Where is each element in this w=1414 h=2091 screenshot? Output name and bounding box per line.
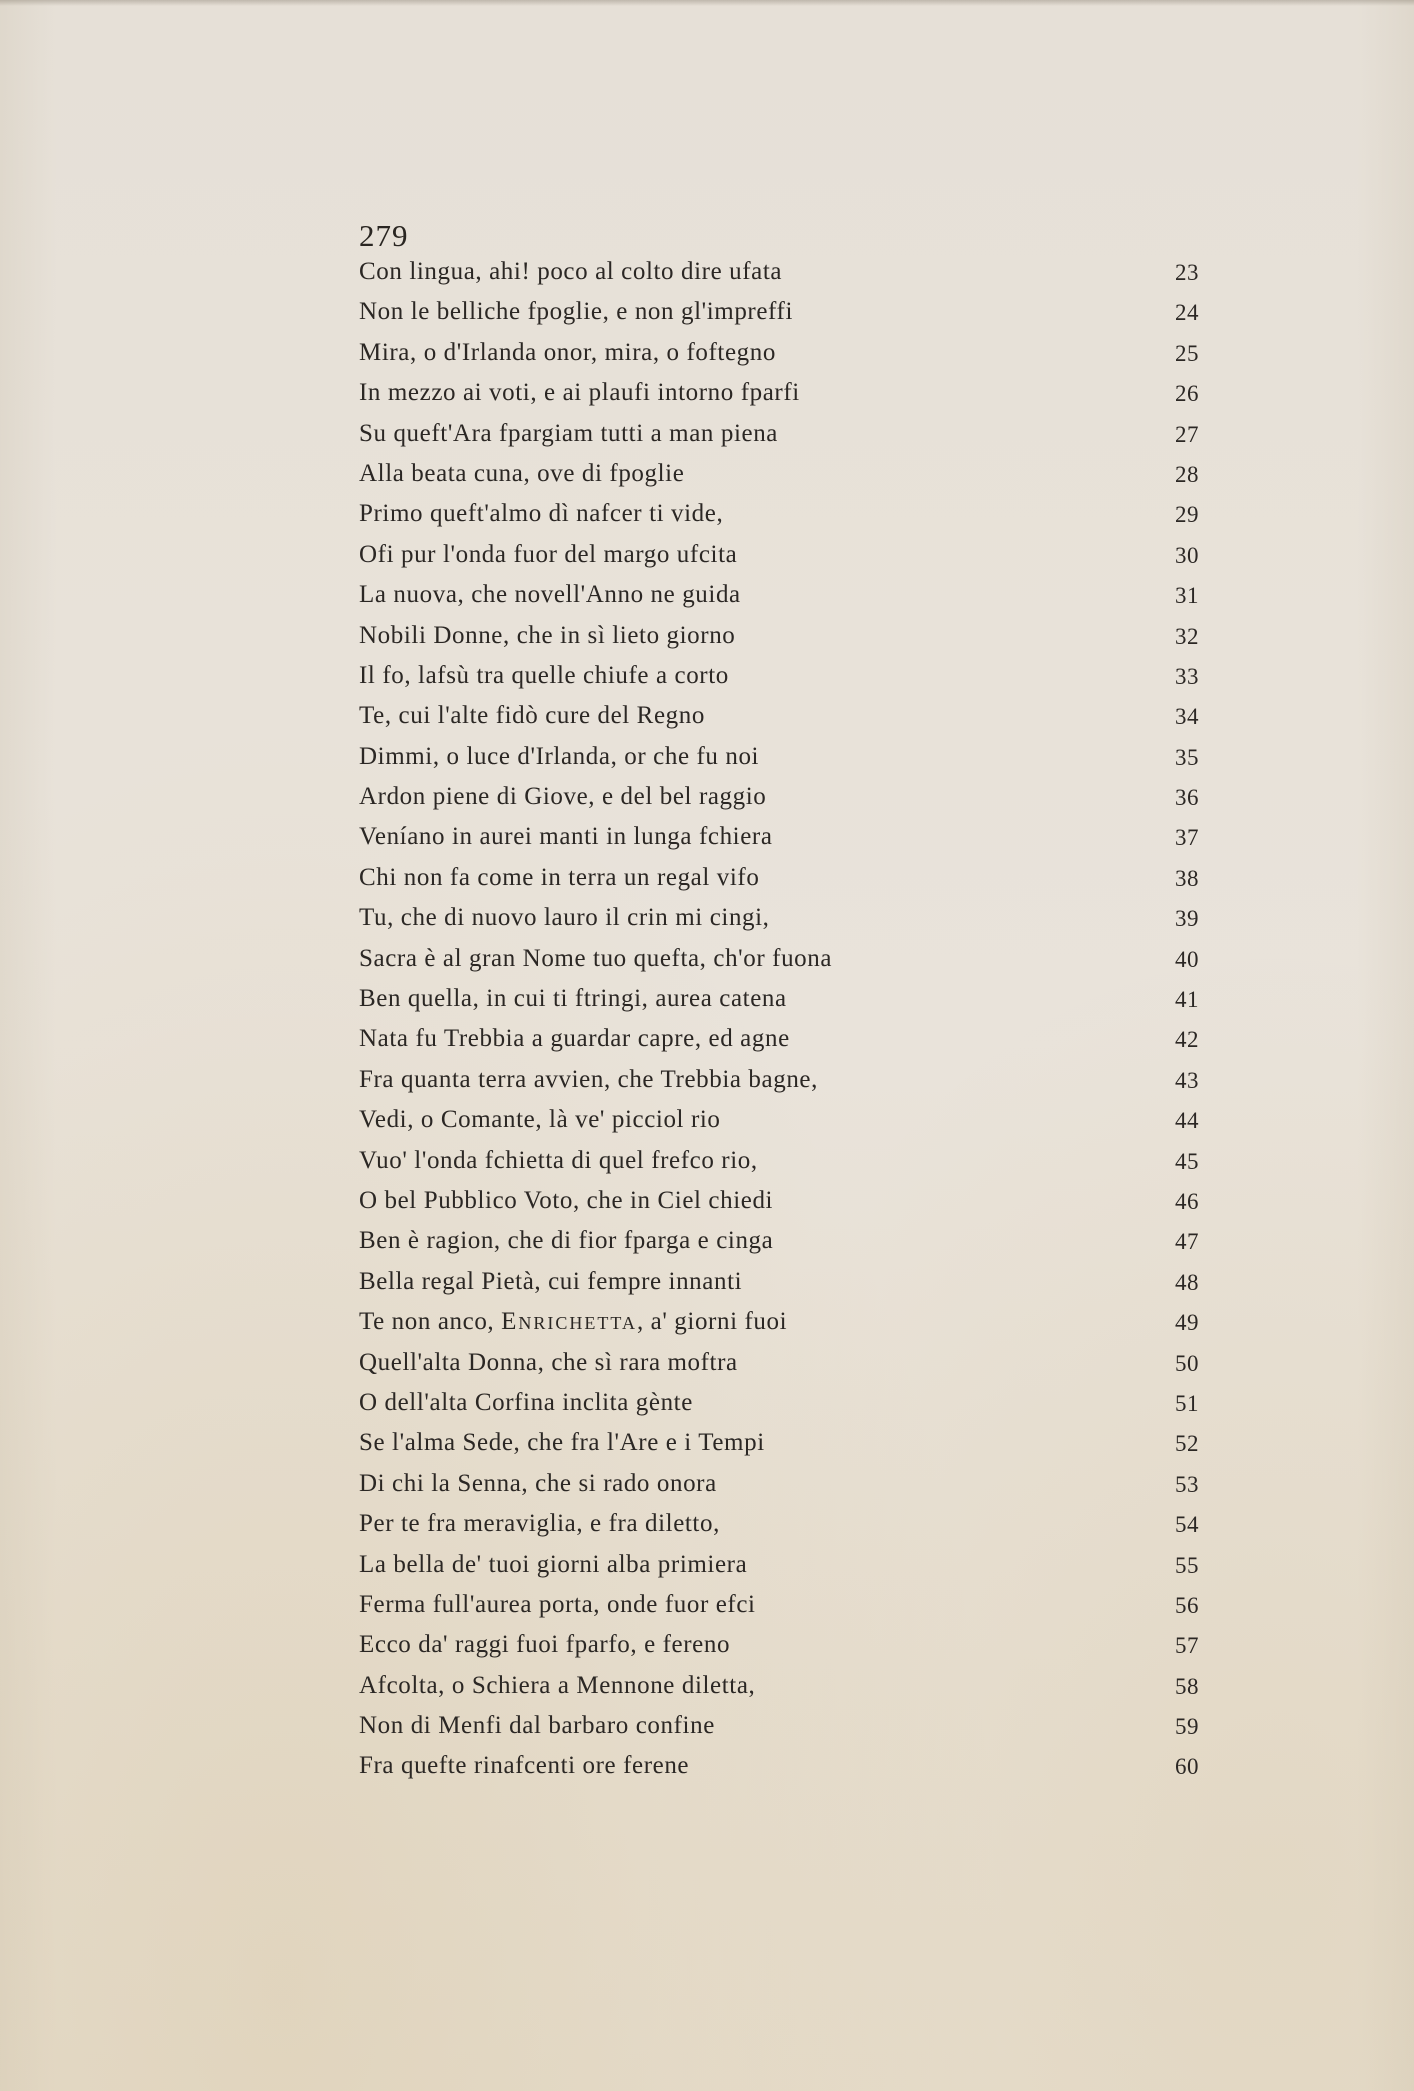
entry-page: 32 xyxy=(1159,624,1199,650)
index-entry: Dimmi, o luce d'Irlanda, or che fu noi35 xyxy=(359,743,1199,783)
entry-page: 54 xyxy=(1159,1512,1199,1538)
entry-line: Non le belliche fpoglie, e non gl'impref… xyxy=(359,298,793,326)
entry-line: Con lingua, ahi! poco al colto dire ufat… xyxy=(359,258,782,286)
entry-page: 60 xyxy=(1159,1754,1199,1780)
index-entry: Ben quella, in cui ti ftringi, aurea cat… xyxy=(359,985,1199,1025)
entry-line: Tu, che di nuovo lauro il crin mi cingi, xyxy=(359,904,770,932)
index-entry: Ferma full'aurea porta, onde fuor efci56 xyxy=(359,1591,1199,1631)
entry-line: Mira, o d'Irlanda onor, mira, o foftegno xyxy=(359,339,776,367)
entry-page: 55 xyxy=(1159,1553,1199,1579)
index-entry: Ben è ragion, che di fior fparga e cinga… xyxy=(359,1227,1199,1267)
index-entry: Vuo' l'onda fchietta di quel frefco rio,… xyxy=(359,1147,1199,1187)
entry-line: Quell'alta Donna, che sì rara moftra xyxy=(359,1349,738,1377)
entry-line: Sacra è al gran Nome tuo quefta, ch'or f… xyxy=(359,945,832,973)
entry-line: Veníano in aurei manti in lunga fchiera xyxy=(359,823,773,851)
entry-line: Il fo, lafsù tra quelle chiufe a corto xyxy=(359,662,729,690)
entry-page: 27 xyxy=(1159,422,1199,448)
entry-line: Te, cui l'alte fidò cure del Regno xyxy=(359,702,705,730)
entry-line: Bella regal Pietà, cui fempre innanti xyxy=(359,1268,742,1296)
entry-page: 51 xyxy=(1159,1391,1199,1417)
entry-page: 24 xyxy=(1159,300,1199,326)
index-entry: La bella de' tuoi giorni alba primiera55 xyxy=(359,1551,1199,1591)
entry-page: 34 xyxy=(1159,704,1199,730)
entry-line: Afcolta, o Schiera a Mennone diletta, xyxy=(359,1672,755,1700)
index-entry: Bella regal Pietà, cui fempre innanti48 xyxy=(359,1268,1199,1308)
entry-line: Dimmi, o luce d'Irlanda, or che fu noi xyxy=(359,743,759,771)
entry-line: In mezzo ai voti, e ai plaufi intorno fp… xyxy=(359,379,800,407)
entry-line: Ben è ragion, che di fior fparga e cinga xyxy=(359,1227,773,1255)
index-entry: Se l'alma Sede, che fra l'Are e i Tempi5… xyxy=(359,1429,1199,1469)
entry-line: Vedi, o Comante, là ve' picciol rio xyxy=(359,1106,721,1134)
entry-line: Ardon piene di Giove, e del bel raggio xyxy=(359,783,766,811)
index-entry: Nata fu Trebbia a guardar capre, ed agne… xyxy=(359,1025,1199,1065)
index-entry: Nobili Donne, che in sì lieto giorno32 xyxy=(359,622,1199,662)
entry-page: 23 xyxy=(1159,260,1199,286)
page-top-edge xyxy=(0,0,1414,6)
index-of-first-lines: Con lingua, ahi! poco al colto dire ufat… xyxy=(359,258,1199,1793)
entry-line: Se l'alma Sede, che fra l'Are e i Tempi xyxy=(359,1429,765,1457)
entry-page: 29 xyxy=(1159,502,1199,528)
entry-line: Nata fu Trebbia a guardar capre, ed agne xyxy=(359,1025,790,1053)
page-number: 279 xyxy=(359,218,409,254)
index-entry: Per te fra meraviglia, e fra diletto,54 xyxy=(359,1510,1199,1550)
entry-line: Ecco da' raggi fuoi fparfo, e fereno xyxy=(359,1631,730,1659)
entry-line-post: , a' giorni fuoi xyxy=(637,1308,787,1335)
entry-page: 53 xyxy=(1159,1472,1199,1498)
index-entry: Tu, che di nuovo lauro il crin mi cingi,… xyxy=(359,904,1199,944)
entry-line-smallcaps-name: Enrichetta xyxy=(501,1308,637,1335)
index-entry: Fra quefte rinafcenti ore ferene60 xyxy=(359,1752,1199,1792)
entry-page: 35 xyxy=(1159,745,1199,771)
entry-page: 40 xyxy=(1159,947,1199,973)
entry-page: 25 xyxy=(1159,341,1199,367)
entry-page: 43 xyxy=(1159,1068,1199,1094)
entry-page: 58 xyxy=(1159,1674,1199,1700)
entry-line: Ferma full'aurea porta, onde fuor efci xyxy=(359,1591,756,1619)
index-entry: Mira, o d'Irlanda onor, mira, o foftegno… xyxy=(359,339,1199,379)
entry-page: 28 xyxy=(1159,462,1199,488)
index-entry: Quell'alta Donna, che sì rara moftra50 xyxy=(359,1349,1199,1389)
entry-page: 38 xyxy=(1159,866,1199,892)
index-entry: Non le belliche fpoglie, e non gl'impref… xyxy=(359,298,1199,338)
entry-line-pre: Te non anco, xyxy=(359,1308,501,1335)
index-entry: Veníano in aurei manti in lunga fchiera3… xyxy=(359,823,1199,863)
entry-page: 39 xyxy=(1159,906,1199,932)
entry-line: Vuo' l'onda fchietta di quel frefco rio, xyxy=(359,1147,758,1175)
entry-page: 49 xyxy=(1159,1310,1199,1336)
entry-page: 36 xyxy=(1159,785,1199,811)
entry-page: 59 xyxy=(1159,1714,1199,1740)
entry-line: Ofi pur l'onda fuor del margo ufcita xyxy=(359,541,737,569)
entry-page: 45 xyxy=(1159,1149,1199,1175)
index-entry: O bel Pubblico Voto, che in Ciel chiedi4… xyxy=(359,1187,1199,1227)
index-entry: Con lingua, ahi! poco al colto dire ufat… xyxy=(359,258,1199,298)
entry-page: 47 xyxy=(1159,1229,1199,1255)
index-entry: Afcolta, o Schiera a Mennone diletta,58 xyxy=(359,1672,1199,1712)
entry-page: 26 xyxy=(1159,381,1199,407)
entry-page: 46 xyxy=(1159,1189,1199,1215)
entry-line: La nuova, che novell'Anno ne guida xyxy=(359,581,741,609)
entry-line: Fra quefte rinafcenti ore ferene xyxy=(359,1752,689,1780)
entry-line: Su queft'Ara fpargiam tutti a man piena xyxy=(359,420,778,448)
index-entry: Ofi pur l'onda fuor del margo ufcita30 xyxy=(359,541,1199,581)
entry-page: 48 xyxy=(1159,1270,1199,1296)
index-entry: O dell'alta Corfina inclita gènte51 xyxy=(359,1389,1199,1429)
entry-line: Te non anco, Enrichetta, a' giorni fuoi xyxy=(359,1308,787,1336)
index-entry: Di chi la Senna, che si rado onora53 xyxy=(359,1470,1199,1510)
entry-line: Primo queft'almo dì nafcer ti vide, xyxy=(359,500,723,528)
entry-line: Chi non fa come in terra un regal vifo xyxy=(359,864,759,892)
index-entry: Sacra è al gran Nome tuo quefta, ch'or f… xyxy=(359,945,1199,985)
entry-line: Fra quanta terra avvien, che Trebbia bag… xyxy=(359,1066,818,1094)
index-entry: Te non anco, Enrichetta, a' giorni fuoi4… xyxy=(359,1308,1199,1348)
entry-page: 42 xyxy=(1159,1027,1199,1053)
entry-line: Di chi la Senna, che si rado onora xyxy=(359,1470,717,1498)
entry-line: Ben quella, in cui ti ftringi, aurea cat… xyxy=(359,985,787,1013)
index-entry: Te, cui l'alte fidò cure del Regno34 xyxy=(359,702,1199,742)
index-entry: In mezzo ai voti, e ai plaufi intorno fp… xyxy=(359,379,1199,419)
entry-line: Nobili Donne, che in sì lieto giorno xyxy=(359,622,735,650)
entry-line: O dell'alta Corfina inclita gènte xyxy=(359,1389,693,1417)
index-entry: Chi non fa come in terra un regal vifo38 xyxy=(359,864,1199,904)
entry-page: 56 xyxy=(1159,1593,1199,1619)
index-entry: La nuova, che novell'Anno ne guida31 xyxy=(359,581,1199,621)
index-entry: Vedi, o Comante, là ve' picciol rio44 xyxy=(359,1106,1199,1146)
entry-page: 41 xyxy=(1159,987,1199,1013)
index-entry: Su queft'Ara fpargiam tutti a man piena2… xyxy=(359,420,1199,460)
entry-page: 44 xyxy=(1159,1108,1199,1134)
index-entry: Non di Menfi dal barbaro confine59 xyxy=(359,1712,1199,1752)
index-entry: Il fo, lafsù tra quelle chiufe a corto33 xyxy=(359,662,1199,702)
entry-page: 30 xyxy=(1159,543,1199,569)
entry-line: Alla beata cuna, ove di fpoglie xyxy=(359,460,684,488)
entry-page: 50 xyxy=(1159,1351,1199,1377)
index-entry: Ardon piene di Giove, e del bel raggio36 xyxy=(359,783,1199,823)
entry-page: 37 xyxy=(1159,825,1199,851)
entry-page: 57 xyxy=(1159,1633,1199,1659)
entry-line: Non di Menfi dal barbaro confine xyxy=(359,1712,715,1740)
entry-page: 31 xyxy=(1159,583,1199,609)
entry-page: 33 xyxy=(1159,664,1199,690)
index-entry: Primo queft'almo dì nafcer ti vide,29 xyxy=(359,500,1199,540)
entry-line: Per te fra meraviglia, e fra diletto, xyxy=(359,1510,720,1538)
index-entry: Ecco da' raggi fuoi fparfo, e fereno57 xyxy=(359,1631,1199,1671)
index-entry: Alla beata cuna, ove di fpoglie28 xyxy=(359,460,1199,500)
entry-page: 52 xyxy=(1159,1431,1199,1457)
index-entry: Fra quanta terra avvien, che Trebbia bag… xyxy=(359,1066,1199,1106)
entry-line: O bel Pubblico Voto, che in Ciel chiedi xyxy=(359,1187,773,1215)
entry-line: La bella de' tuoi giorni alba primiera xyxy=(359,1551,747,1579)
